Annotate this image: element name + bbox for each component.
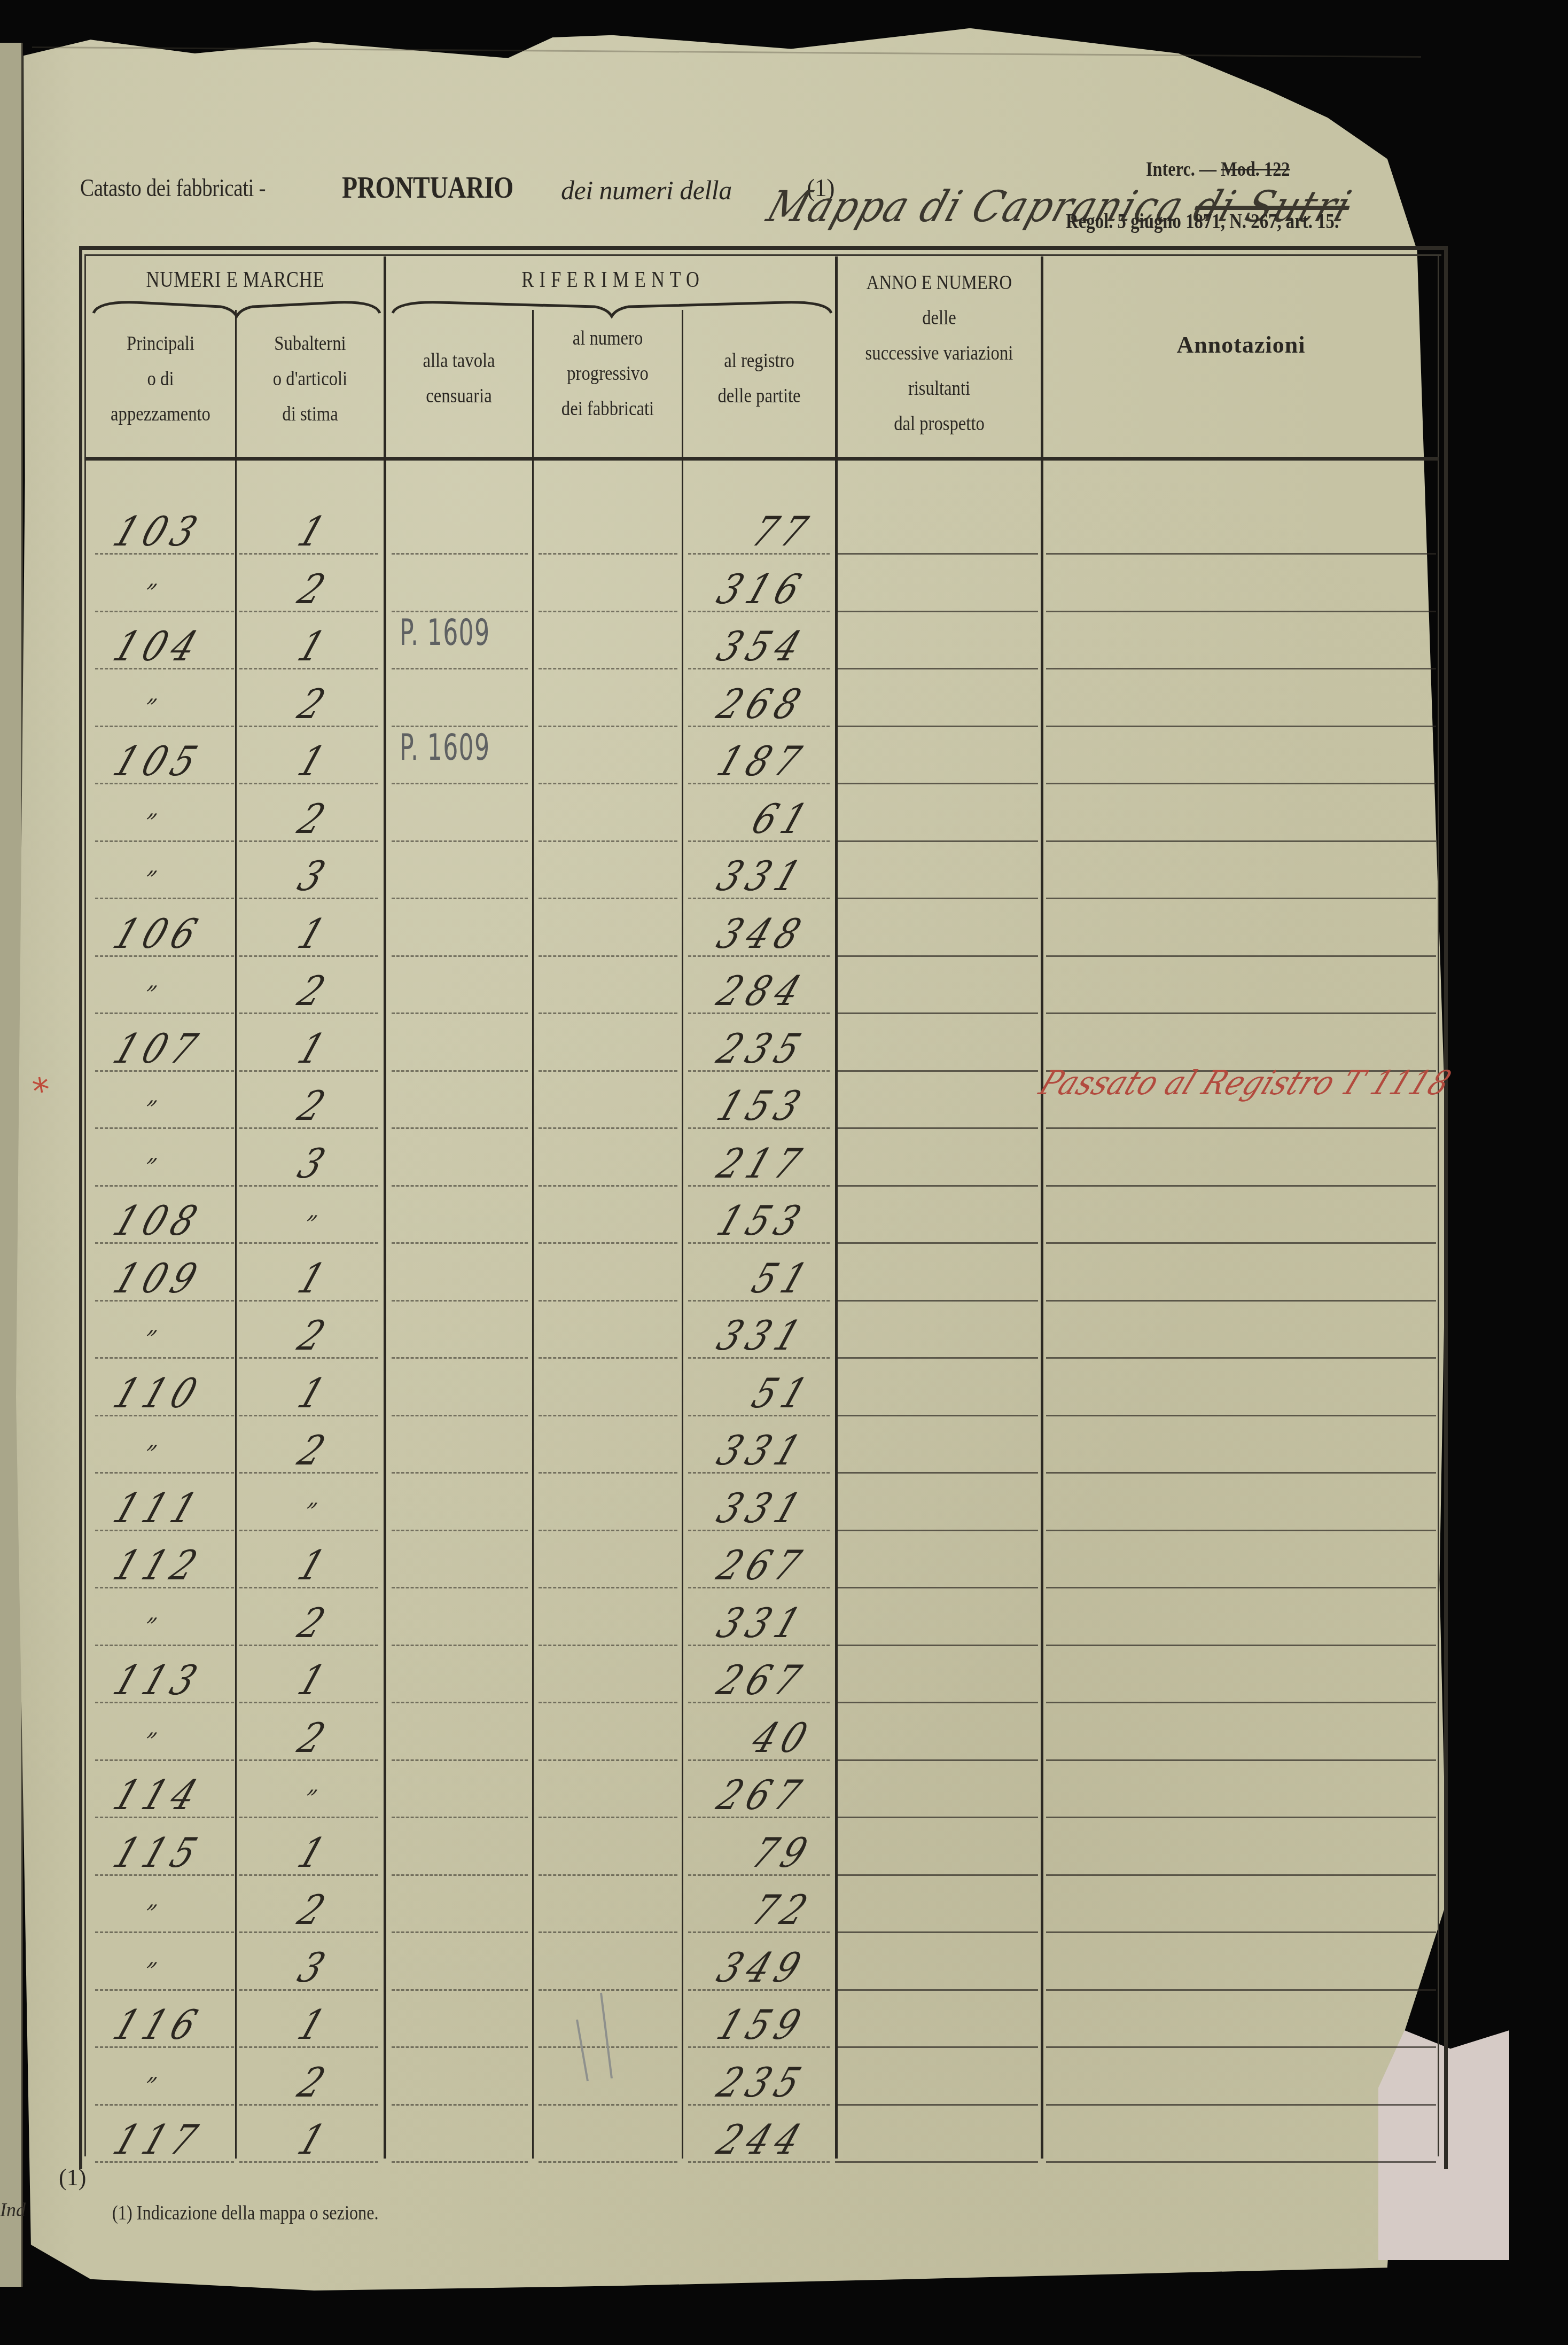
row-rule bbox=[539, 955, 677, 959]
row-rule bbox=[1046, 1931, 1436, 1935]
row-rule bbox=[1046, 2161, 1436, 2164]
row-rule bbox=[95, 726, 234, 729]
form-code-number: Mod. 122 bbox=[1221, 158, 1290, 181]
row-rule bbox=[835, 2104, 1038, 2107]
cell-principale: 111 bbox=[107, 1484, 209, 1532]
cell-subalterno: 2 bbox=[292, 1599, 337, 1647]
cell-subalterno: 3 bbox=[292, 1140, 337, 1187]
table-border-left-inner bbox=[84, 254, 86, 2156]
pencil-tally-marks bbox=[572, 1988, 620, 2084]
row-rule bbox=[539, 726, 677, 729]
cell-registro: 153 bbox=[711, 1197, 813, 1244]
row-rule bbox=[539, 1759, 677, 1763]
col-divider-registro bbox=[835, 256, 838, 2159]
cell-principale: ” bbox=[139, 1325, 160, 1354]
row-rule bbox=[392, 955, 528, 959]
cell-principale: 107 bbox=[107, 1025, 209, 1072]
row-rule bbox=[539, 553, 677, 556]
cell-registro: 284 bbox=[711, 967, 813, 1015]
colhead-registro: al registro delle partite bbox=[695, 343, 824, 414]
cell-subalterno: 1 bbox=[292, 737, 337, 785]
col-divider-tavola bbox=[532, 310, 534, 2159]
regulation-reference: Regol. 5 giugno 1871, N. 267, art. 15. bbox=[1066, 208, 1339, 233]
cell-subalterno: 1 bbox=[292, 910, 337, 957]
row-rule bbox=[1046, 1012, 1436, 1016]
row-rule bbox=[1046, 1127, 1436, 1131]
row-rule bbox=[539, 1817, 677, 1820]
row-rule bbox=[539, 1874, 677, 1877]
cell-tavola-pencil: P. 1609 bbox=[400, 612, 490, 654]
group-riferimento: R I F E R I M E N T O bbox=[429, 267, 793, 293]
cell-registro: 331 bbox=[711, 1312, 813, 1359]
cell-registro: 217 bbox=[711, 1140, 813, 1187]
cell-principale: 108 bbox=[107, 1197, 209, 1244]
cell-principale: 106 bbox=[107, 910, 209, 957]
row-rule bbox=[539, 2161, 677, 2164]
row-rule bbox=[392, 1759, 528, 1763]
cell-subalterno: 2 bbox=[292, 1312, 337, 1359]
cell-principale: ” bbox=[139, 2072, 160, 2101]
cell-subalterno: 2 bbox=[292, 565, 337, 613]
cell-principale: ” bbox=[139, 1899, 160, 1928]
cell-subalterno: 1 bbox=[292, 1829, 337, 1876]
cell-subalterno: 1 bbox=[292, 1369, 337, 1417]
cell-principale: 110 bbox=[107, 1369, 209, 1417]
col-divider-group bbox=[384, 256, 386, 2159]
cell-principale: ” bbox=[139, 980, 160, 1009]
row-rule bbox=[239, 1242, 378, 1245]
row-rule bbox=[392, 1931, 528, 1935]
cell-registro: 159 bbox=[711, 2001, 813, 2048]
row-rule bbox=[239, 1530, 378, 1533]
row-rule bbox=[835, 1587, 1038, 1590]
row-rule bbox=[835, 1242, 1038, 1245]
row-rule bbox=[95, 1931, 234, 1935]
row-rule bbox=[835, 955, 1038, 959]
cell-subalterno: 1 bbox=[292, 1025, 337, 1072]
cell-subalterno: 2 bbox=[292, 1082, 337, 1129]
row-rule bbox=[835, 783, 1038, 786]
cell-registro: 244 bbox=[711, 2116, 813, 2163]
cell-principale: ” bbox=[139, 1727, 160, 1756]
row-rule bbox=[392, 898, 528, 901]
row-rule bbox=[835, 1185, 1038, 1188]
cell-subalterno: 1 bbox=[292, 1541, 337, 1589]
row-rule bbox=[539, 1530, 677, 1533]
row-rule bbox=[835, 1817, 1038, 1820]
cell-registro: 331 bbox=[711, 852, 813, 900]
brace-riferimento bbox=[392, 297, 832, 318]
row-rule bbox=[1046, 1530, 1436, 1533]
cell-principale: 104 bbox=[107, 622, 209, 670]
cell-subalterno: 2 bbox=[292, 795, 337, 843]
cell-principale: 113 bbox=[107, 1656, 209, 1704]
row-rule bbox=[95, 1012, 234, 1016]
row-rule bbox=[539, 1127, 677, 1131]
row-rule bbox=[539, 1012, 677, 1016]
cell-principale: 103 bbox=[107, 508, 209, 555]
row-rule bbox=[1046, 1759, 1436, 1763]
row-rule bbox=[539, 783, 677, 786]
row-rule bbox=[539, 611, 677, 614]
row-rule bbox=[539, 840, 677, 844]
row-rule bbox=[392, 1070, 528, 1073]
cell-principale: ” bbox=[139, 1095, 160, 1124]
row-rule bbox=[1046, 1587, 1436, 1590]
row-rule bbox=[1046, 1874, 1436, 1877]
row-rule bbox=[539, 1472, 677, 1475]
cell-registro: 79 bbox=[746, 1829, 820, 1876]
row-rule bbox=[539, 668, 677, 671]
red-annotation: Passato al Registro T 1118 bbox=[1034, 1063, 1457, 1102]
cell-subalterno: 2 bbox=[292, 2059, 337, 2106]
row-rule bbox=[539, 1185, 677, 1188]
header-subtitle: dei numeri della bbox=[561, 175, 732, 206]
table-border-top bbox=[79, 246, 1447, 250]
cell-registro: 235 bbox=[711, 1025, 813, 1072]
cell-registro: 354 bbox=[711, 622, 813, 670]
row-rule bbox=[1046, 1989, 1436, 1992]
table-border-right-inner bbox=[1438, 254, 1439, 2156]
row-rule bbox=[95, 840, 234, 844]
row-rule bbox=[539, 1702, 677, 1705]
row-rule bbox=[392, 1012, 528, 1016]
row-rule bbox=[95, 611, 234, 614]
cell-principale: ” bbox=[139, 1612, 160, 1641]
group-numeri-e-marche: NUMERI E MARCHE bbox=[116, 267, 355, 293]
colhead-tavola: alla tavola censuaria bbox=[396, 343, 521, 414]
row-rule bbox=[1046, 1300, 1436, 1303]
row-rule bbox=[1046, 955, 1436, 959]
cell-subalterno: 1 bbox=[292, 2116, 337, 2163]
row-rule bbox=[95, 1759, 234, 1763]
row-rule bbox=[539, 1645, 677, 1648]
page-header: Catasto dei fabbricati - PRONTUARIO dei … bbox=[80, 174, 298, 202]
brace-numeri-e-marche bbox=[92, 297, 381, 318]
row-rule bbox=[835, 2046, 1038, 2050]
colhead-anno-numero: ANNO E NUMERO delle successive variazion… bbox=[852, 265, 1027, 441]
margin-fragment: Ind bbox=[0, 2199, 26, 2221]
cell-registro: 348 bbox=[711, 910, 813, 957]
row-rule bbox=[835, 840, 1038, 844]
row-rule bbox=[835, 1931, 1038, 1935]
cell-principale: 116 bbox=[107, 2001, 209, 2048]
cell-principale: ” bbox=[139, 1153, 160, 1182]
row-rule bbox=[1046, 1242, 1436, 1245]
header-bottom-rule bbox=[84, 457, 1439, 461]
row-rule bbox=[1046, 668, 1436, 671]
col-divider-numero bbox=[682, 310, 683, 2159]
form-code-prefix: Interc. — bbox=[1146, 158, 1216, 181]
row-rule bbox=[539, 1587, 677, 1590]
cell-registro: 268 bbox=[711, 680, 813, 728]
cell-subalterno: ” bbox=[299, 1210, 321, 1239]
row-rule bbox=[1046, 898, 1436, 901]
row-rule bbox=[539, 898, 677, 901]
row-rule bbox=[95, 1357, 234, 1360]
row-rule bbox=[1046, 611, 1436, 614]
cell-subalterno: 1 bbox=[292, 1656, 337, 1704]
table-border-right bbox=[1444, 246, 1448, 2169]
row-rule bbox=[1046, 783, 1436, 786]
row-rule bbox=[392, 1645, 528, 1648]
cell-registro: 267 bbox=[711, 1541, 813, 1589]
cell-registro: 40 bbox=[746, 1714, 820, 1762]
row-rule bbox=[95, 1127, 234, 1131]
cell-registro: 267 bbox=[711, 1656, 813, 1704]
table-border-left bbox=[79, 246, 82, 2169]
cell-subalterno: 1 bbox=[292, 1255, 337, 1302]
cell-subalterno: 2 bbox=[292, 1427, 337, 1474]
row-rule bbox=[1046, 1645, 1436, 1648]
cell-registro: 51 bbox=[746, 1255, 820, 1302]
header-prefix: Catasto dei fabbricati - bbox=[80, 174, 266, 202]
row-rule bbox=[392, 2104, 528, 2107]
row-rule bbox=[835, 553, 1038, 556]
row-rule bbox=[539, 1415, 677, 1418]
row-rule bbox=[392, 2046, 528, 2050]
cell-registro: 72 bbox=[746, 1886, 820, 1934]
row-rule bbox=[835, 1070, 1038, 1073]
row-rule bbox=[835, 1357, 1038, 1360]
row-rule bbox=[1046, 1415, 1436, 1418]
cell-principale: 109 bbox=[107, 1255, 209, 1302]
row-rule bbox=[392, 668, 528, 671]
row-rule bbox=[1046, 840, 1436, 844]
cell-principale: ” bbox=[139, 1440, 160, 1469]
row-rule bbox=[835, 1759, 1038, 1763]
row-rule bbox=[1046, 1702, 1436, 1705]
colhead-principali: Principali o di appezzamento bbox=[97, 326, 224, 432]
row-rule bbox=[835, 668, 1038, 671]
cell-subalterno: 2 bbox=[292, 967, 337, 1015]
row-rule bbox=[1046, 553, 1436, 556]
row-rule bbox=[392, 1989, 528, 1992]
row-rule bbox=[392, 2161, 528, 2164]
row-rule bbox=[392, 1242, 528, 1245]
row-rule bbox=[392, 1415, 528, 1418]
row-rule bbox=[392, 553, 528, 556]
cell-registro: 267 bbox=[711, 1771, 813, 1819]
row-rule bbox=[835, 2161, 1038, 2164]
row-rule bbox=[835, 1530, 1038, 1533]
row-rule bbox=[835, 1874, 1038, 1877]
row-rule bbox=[1046, 2046, 1436, 2050]
row-rule bbox=[392, 1300, 528, 1303]
cell-subalterno: 1 bbox=[292, 508, 337, 555]
row-rule bbox=[1046, 1185, 1436, 1188]
row-rule bbox=[392, 1874, 528, 1877]
cell-subalterno: 2 bbox=[292, 680, 337, 728]
row-rule bbox=[95, 1472, 234, 1475]
row-rule bbox=[392, 783, 528, 786]
row-rule bbox=[1046, 2104, 1436, 2107]
row-rule bbox=[1046, 1472, 1436, 1475]
row-rule bbox=[392, 1530, 528, 1533]
row-rule bbox=[392, 1357, 528, 1360]
row-rule bbox=[392, 1587, 528, 1590]
row-rule bbox=[539, 1300, 677, 1303]
row-rule bbox=[95, 1989, 234, 1992]
cell-registro: 61 bbox=[746, 795, 820, 843]
row-rule bbox=[392, 1472, 528, 1475]
row-rule bbox=[835, 726, 1038, 729]
row-rule bbox=[539, 1070, 677, 1073]
cell-subalterno: 3 bbox=[292, 852, 337, 900]
col-divider-anno bbox=[1041, 256, 1043, 2159]
cell-principale: 105 bbox=[107, 737, 209, 785]
cell-principale: 112 bbox=[107, 1541, 209, 1589]
cell-subalterno: ” bbox=[299, 1498, 321, 1526]
row-rule bbox=[835, 1989, 1038, 1992]
row-rule bbox=[835, 1300, 1038, 1303]
row-rule bbox=[392, 1185, 528, 1188]
row-rule bbox=[95, 2104, 234, 2107]
row-rule bbox=[392, 840, 528, 844]
cell-tavola-pencil: P. 1609 bbox=[400, 727, 490, 769]
cell-subalterno: 2 bbox=[292, 1886, 337, 1934]
row-rule bbox=[392, 1817, 528, 1820]
row-rule bbox=[835, 1415, 1038, 1418]
cell-principale: ” bbox=[139, 866, 160, 894]
row-rule bbox=[239, 1817, 378, 1820]
cell-registro: 235 bbox=[711, 2059, 813, 2106]
row-rule bbox=[835, 1012, 1038, 1016]
cell-registro: 349 bbox=[711, 1944, 813, 1991]
cell-principale: 117 bbox=[107, 2116, 209, 2163]
cell-principale: 114 bbox=[107, 1771, 209, 1819]
row-rule bbox=[392, 1702, 528, 1705]
row-rule bbox=[95, 1185, 234, 1188]
row-rule bbox=[835, 1127, 1038, 1131]
row-rule bbox=[835, 1702, 1038, 1705]
cell-registro: 331 bbox=[711, 1599, 813, 1647]
row-rule bbox=[539, 2104, 677, 2107]
cell-registro: 153 bbox=[711, 1082, 813, 1129]
prontuario-table: NUMERI E MARCHE R I F E R I M E N T O Pr… bbox=[79, 246, 1452, 2180]
row-rule bbox=[835, 898, 1038, 901]
colhead-numero-progressivo: al numero progressivo dei fabbricati bbox=[544, 321, 671, 426]
row-rule bbox=[835, 1472, 1038, 1475]
table-border-top-inner bbox=[84, 254, 1441, 256]
header-title: PRONTUARIO bbox=[342, 169, 513, 205]
cell-subalterno: 2 bbox=[292, 1714, 337, 1762]
cell-subalterno: 1 bbox=[292, 2001, 337, 2048]
row-rule bbox=[835, 611, 1038, 614]
row-rule bbox=[392, 1127, 528, 1131]
row-rule bbox=[835, 1645, 1038, 1648]
row-rule bbox=[1046, 1357, 1436, 1360]
cell-principale: ” bbox=[139, 694, 160, 722]
cell-registro: 51 bbox=[746, 1369, 820, 1417]
form-code: Interc. — Mod. 122 bbox=[1146, 158, 1290, 181]
colhead-subalterni: Subalterni o d'articoli di stima bbox=[247, 326, 373, 432]
row-rule bbox=[95, 898, 234, 901]
row-rule bbox=[1046, 726, 1436, 729]
cell-subalterno: 1 bbox=[292, 622, 337, 670]
row-rule bbox=[539, 1357, 677, 1360]
col-divider-principali bbox=[235, 310, 237, 2159]
cell-principale: 115 bbox=[107, 1829, 209, 1876]
footnote: (1) Indicazione della mappa o sezione. bbox=[112, 2201, 379, 2225]
cell-registro: 77 bbox=[746, 508, 820, 555]
cell-principale: ” bbox=[139, 808, 160, 837]
margin-footnote-ref: (1) bbox=[59, 2164, 86, 2191]
cell-registro: 331 bbox=[711, 1427, 813, 1474]
cell-registro: 316 bbox=[711, 565, 813, 613]
row-rule bbox=[539, 1242, 677, 1245]
cell-subalterno: ” bbox=[299, 1785, 321, 1813]
row-rule bbox=[95, 1645, 234, 1648]
colhead-annotazioni: Annotazioni bbox=[1046, 331, 1436, 359]
cell-subalterno: 3 bbox=[292, 1944, 337, 1991]
cell-principale: ” bbox=[139, 579, 160, 607]
cell-registro: 187 bbox=[711, 737, 813, 785]
row-rule bbox=[539, 1931, 677, 1935]
cell-principale: ” bbox=[139, 1957, 160, 1986]
cell-registro: 331 bbox=[711, 1484, 813, 1532]
row-rule bbox=[1046, 1817, 1436, 1820]
